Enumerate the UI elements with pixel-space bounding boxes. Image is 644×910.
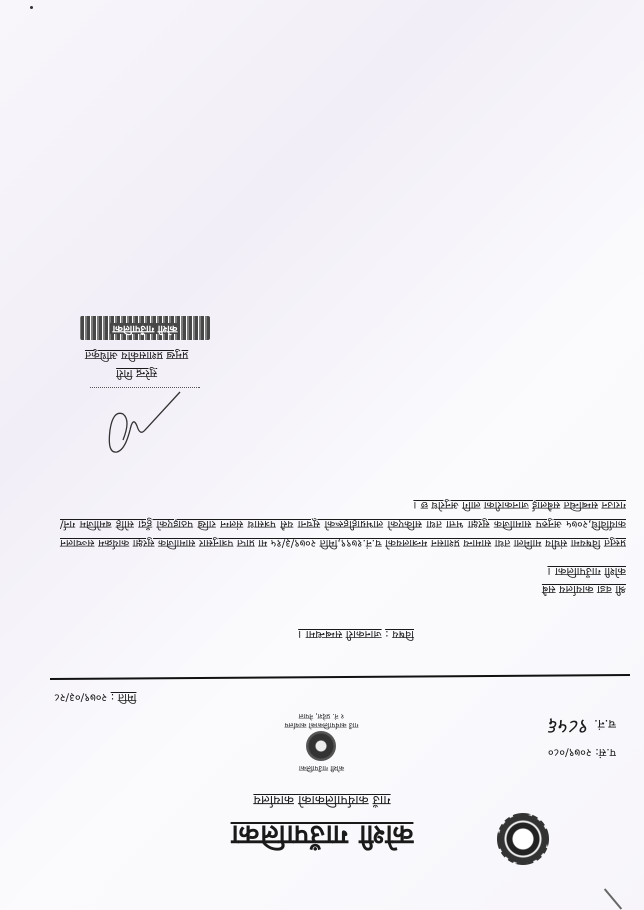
- handwritten-signature: [95, 390, 185, 460]
- patra-sankhya: प.सं: २०७९/०८०: [548, 745, 616, 760]
- chalani-value: ९८५६: [549, 715, 591, 739]
- chalani-number: च.नं. ९८५६: [548, 714, 616, 741]
- subject-label: विषय :: [385, 628, 414, 641]
- subject-line: विषय : जानकारी सम्बन्धमा ।: [298, 627, 414, 642]
- letter-body: प्रस्तुत विषयमा संघीय मामिला तथा सामान्य…: [60, 495, 626, 552]
- letter-page: कोशी गाउँपालिका गाउँ कार्यपालिकाको कार्य…: [0, 0, 644, 910]
- official-seal-stamp: कोशी गाउँपालिका: [80, 316, 210, 340]
- organization-subtitle: गाउँ कार्यपालिकाको कार्यालय: [0, 792, 644, 810]
- signatory-title: प्रमुख प्रशासकीय अधिकृत: [85, 346, 188, 364]
- speck: [30, 6, 33, 9]
- stamp-line: गाउँ कार्यपालिकाको कार्यालय: [264, 720, 379, 729]
- subject-text: जानकारी सम्बन्धमा ।: [298, 628, 381, 641]
- signatory-name: सुरेन्द्र गिरी: [85, 364, 188, 382]
- addressee-line: श्री वडा कार्यालय सबै: [542, 580, 626, 598]
- body-paragraph: प्रस्तुत विषयमा संघीय मामिला तथा सामान्य…: [60, 499, 626, 549]
- signature-dotted-line: [90, 387, 200, 388]
- patra-sankhya-value: २०७९/०८०: [548, 746, 592, 759]
- stamp-line: कोशी गाउँपालिका: [264, 763, 379, 772]
- chalani-label: च.नं.: [594, 717, 616, 731]
- patra-sankhya-label: प.सं:: [595, 746, 616, 759]
- pen-mark: [604, 888, 622, 909]
- date-value: २०७९/०३/२८: [54, 691, 107, 704]
- stamp-seal-icon: [307, 731, 337, 761]
- addressee-line: कोशी गाउँपालिका ।: [542, 562, 626, 580]
- date-label: मिति :: [111, 691, 137, 704]
- reference-block: प.सं: २०७९/०८० च.नं. ९८५६: [548, 714, 616, 760]
- organization-title: कोशी गाउँपालिका: [0, 818, 644, 855]
- addressee-block: श्री वडा कार्यालय सबै कोशी गाउँपालिका ।: [542, 562, 626, 598]
- office-stamp: कोशी गाउँपालिका गाउँ कार्यपालिकाको कार्य…: [264, 677, 379, 772]
- signatory-block: सुरेन्द्र गिरी प्रमुख प्रशासकीय अधिकृत: [85, 346, 188, 382]
- date-block: मिति : २०७९/०३/२८: [54, 690, 136, 705]
- stamp-line: १ नं. प्रदेश, नेपाल: [264, 711, 379, 720]
- seal-stamp-text: कोशी गाउँपालिका: [110, 323, 181, 334]
